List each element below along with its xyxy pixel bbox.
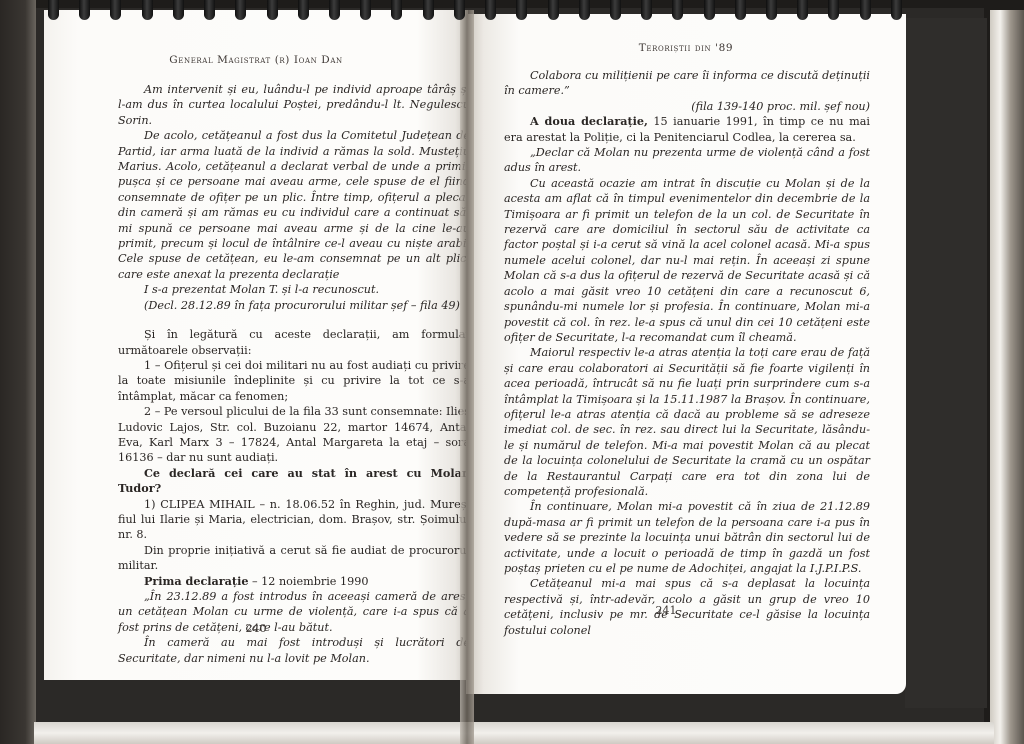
spiral-binding [40,0,910,22]
page-number-right: 241 [446,604,886,617]
paragraph: În continuare, Molan mi-a povestit că în… [504,499,870,576]
declaration-date: – 12 noiembrie 1990 [248,575,368,588]
spiral-coil-icon [267,0,278,20]
paragraph: În cameră au mai fost introduși și lucră… [118,635,470,666]
spiral-coil-icon [548,0,559,20]
spiral-coil-icon [579,0,590,20]
paragraph: „Declar că Molan nu prezenta urme de vio… [504,145,870,176]
spiral-coil-icon [891,0,902,20]
declaration-label: Prima declarație [144,574,248,588]
paragraph: De acolo, cetățeanul a fost dus la Comit… [118,128,470,282]
spiral-coil-icon [204,0,215,20]
citation: (fila 139-140 proc. mil. șef nou) [504,99,870,114]
spiral-coil-icon [235,0,246,20]
scan-left-edge [0,0,36,744]
spiral-coil-icon [485,0,496,20]
spiral-coil-icon [173,0,184,20]
spiral-coil-icon [516,0,527,20]
section-question: Ce declară cei care au stat în arest cu … [118,466,470,497]
page-stack-edge [990,10,1024,744]
spiral-coil-icon [329,0,340,20]
quote-line: I s-a prezentat Molan T. și l-a recunosc… [118,282,470,297]
paragraph: Maiorul respectiv le-a atras atenția la … [504,345,870,499]
spiral-coil-icon [391,0,402,20]
citation: (Decl. 28.12.89 în fața procurorului mil… [118,298,470,313]
paragraph: Colabora cu milițienii pe care îi inform… [504,68,870,99]
spiral-coil-icon [828,0,839,20]
left-page: General Magistrat (r) Ioan Dan Am interv… [44,10,468,680]
spiral-coil-icon [423,0,434,20]
spiral-coil-icon [454,0,465,20]
spiral-coil-icon [142,0,153,20]
right-page: Teroriștii din '89 Colabora cu milițieni… [466,14,906,694]
running-head-right: Teroriștii din '89 [466,42,906,54]
left-page-body: Am intervenit și eu, luându-l pe individ… [118,82,470,666]
spiral-coil-icon [672,0,683,20]
paragraph: Și în legătură cu aceste declarații, am … [118,327,470,358]
declaration-label: A doua declarație, [530,114,648,128]
observation-1: 1 – Ofițerul și cei doi militari nu au f… [118,358,470,404]
spiral-coil-icon [360,0,371,20]
spiral-coil-icon [79,0,90,20]
cover-flap [905,18,987,708]
spiral-coil-icon [48,0,59,20]
spiral-coil-icon [797,0,808,20]
spiral-coil-icon [735,0,746,20]
paragraph: Cu această ocazie am intrat în discuție … [504,176,870,345]
spiral-coil-icon [641,0,652,20]
running-head-left: General Magistrat (r) Ioan Dan [44,54,468,66]
bottom-page-edge [34,722,994,744]
right-page-body: Colabora cu milițienii pe care îi inform… [504,68,870,638]
spiral-coil-icon [766,0,777,20]
declaration-heading: A doua declarație, 15 ianuarie 1991, în … [504,114,870,145]
book-gutter [460,10,474,744]
declaration-heading: Prima declarație – 12 noiembrie 1990 [118,574,470,589]
spiral-coil-icon [704,0,715,20]
page-number-left: 240 [44,622,468,635]
scanned-book-spread: General Magistrat (r) Ioan Dan Am interv… [0,0,1024,744]
observation-2: 2 – Pe versoul plicului de la fila 33 su… [118,404,470,466]
spiral-coil-icon [860,0,871,20]
spiral-coil-icon [610,0,621,20]
spiral-coil-icon [110,0,121,20]
paragraph: Din proprie inițiativă a cerut să fie au… [118,543,470,574]
witness-entry: 1) CLIPEA MIHAIL – n. 18.06.52 în Reghin… [118,497,470,543]
paragraph: Am intervenit și eu, luându-l pe individ… [118,82,470,128]
spiral-coil-icon [298,0,309,20]
